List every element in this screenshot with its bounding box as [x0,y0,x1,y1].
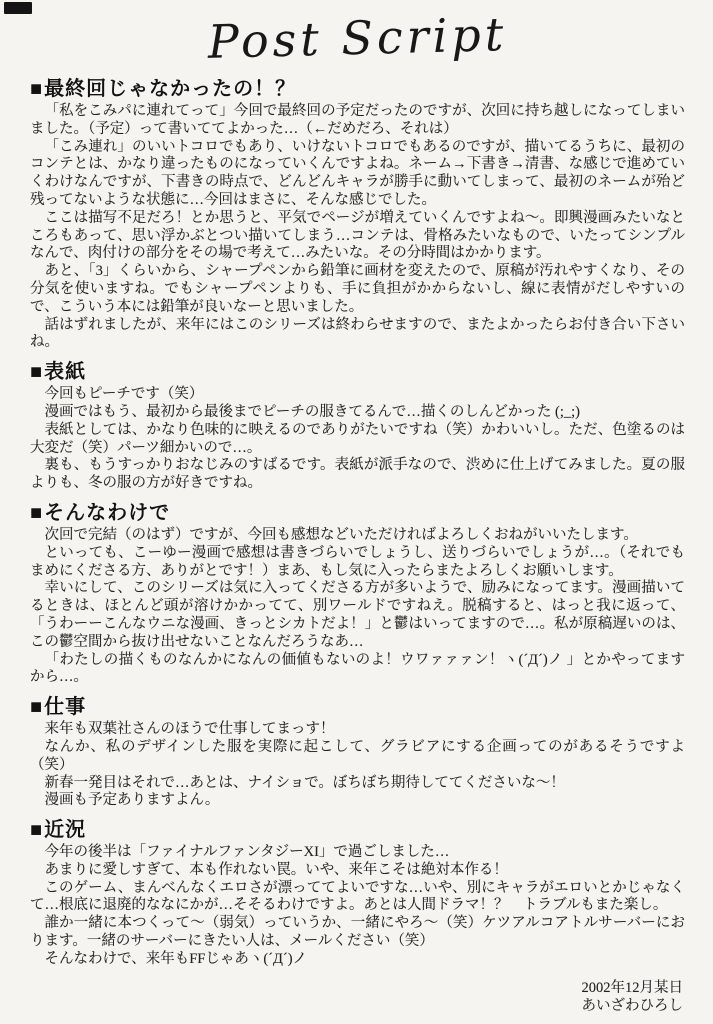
square-bullet-icon: ■ [30,696,43,718]
paragraph: 「わたしの描くものなんかになんの価値もないのよ！ウワァァァン！ヽ(´Д´)ノ 」… [30,652,685,688]
colophon-author: あいざわひろし [30,997,683,1015]
square-bullet-icon: ■ [30,78,43,100]
square-bullet-icon: ■ [30,361,43,383]
colophon-date: 2002年12月某日 [30,979,683,997]
paragraph: 幸いにして、このシリーズは気に入ってくださる方が多いようで、励みになってます。漫… [30,580,685,651]
paragraph: といっても、こーゆー漫画で感想は書きづらいでしょうし、送りづらいでしょうが…。（… [30,545,685,581]
section-heading: ■表紙 [30,361,685,384]
paragraph: このゲーム、まんべんなくエロさが漂っててよいですな…いや、別にキャラがエロいとか… [30,880,685,916]
paragraph: 話はずれましたが、来年にはこのシリーズは終わらせますので、またよかったらお付き合… [30,317,685,353]
paragraph: 新春一発目はそれで…あとは、ナイショで。ぼちぼち期待しててくださいな〜！ [30,775,685,793]
section-heading-text: 表紙 [44,361,86,383]
colophon: 2002年12月某日 あいざわひろし [30,979,685,1015]
section-so-then: ■そんなわけで 次回で完結（のはず）ですが、今回も感想などいただければよろしくお… [30,502,685,687]
section-recent-status: ■近況 今年の後半は「ファイナルファンタジーXI」で過ごしました… あまりに愛し… [30,819,685,969]
scanned-afterword-page: Post Script ■最終回じゃなかったの！？ 「私をこみパに連れてって」今… [0,0,713,1024]
section-cover: ■表紙 今回もピーチです（笑） 漫画ではもう、最初から最後までピーチの服きてるん… [30,361,685,493]
paragraph: ここは描写不足だろ！とか思うと、平気でページが増えていくんですよね〜。即興漫画み… [30,210,685,263]
paragraph: 「私をこみパに連れてって」今回で最終回の予定だったのですが、次回に持ち越しになっ… [30,103,685,139]
section-heading: ■最終回じゃなかったの！？ [30,78,685,101]
paragraph: 漫画ではもう、最初から最後までピーチの服きてるんで…描くのしんどかった (;_;… [30,404,685,422]
section-heading-text: そんなわけで [44,502,170,524]
paragraph: 表紙としては、かなり色味的に映えるのでありがたいですね（笑）かわいいし。ただ、色… [30,422,685,458]
section-heading: ■近況 [30,819,685,842]
paragraph: なんか、私のデザインした服を実際に起こして、グラビアにする企画ってのがあるそうで… [30,739,685,775]
section-heading-text: 近況 [44,819,86,841]
square-bullet-icon: ■ [30,819,43,841]
paragraph: 次回で完結（のはず）ですが、今回も感想などいただければよろしくおねがいいたします… [30,527,685,545]
paragraph: 誰か一緒に本つくって〜（弱気）っていうか、一緒にやろ〜（笑）ケツアルコアトルサー… [30,915,685,951]
section-heading: ■仕事 [30,696,685,719]
section-heading-text: 仕事 [44,696,86,718]
page-title: Post Script [29,0,685,79]
paragraph: 今年の後半は「ファイナルファンタジーXI」で過ごしました… [30,844,685,862]
square-bullet-icon: ■ [30,502,43,524]
section-work: ■仕事 来年も双葉社さんのほうで仕事してまっす！ なんか、私のデザインした服を実… [30,696,685,810]
paragraph: 「こみ連れ」のいいトコロでもあり、いけないトコロでもあるのですが、描いてるうちに… [30,139,685,210]
section-heading: ■そんなわけで [30,502,685,525]
section-final-episode: ■最終回じゃなかったの！？ 「私をこみパに連れてって」今回で最終回の予定だったの… [30,78,685,352]
paragraph: 来年も双葉社さんのほうで仕事してまっす！ [30,721,685,739]
section-heading-text: 最終回じゃなかったの！？ [44,78,296,100]
scan-artifact-mark [4,2,32,14]
paragraph: あと、「3」くらいから、シャープペンから鉛筆に画材を変えたので、原稿が汚れやすく… [30,263,685,316]
paragraph: 今回もピーチです（笑） [30,386,685,404]
paragraph: 裏も、もうすっかりおなじみのすばるです。表紙が派手なので、渋めに仕上げてみました… [30,457,685,493]
paragraph: あまりに愛しすぎて、本も作れない罠。いや、来年こそは絶対本作る！ [30,862,685,880]
paragraph: そんなわけで、来年もFFじゃあヽ(´Д´)ノ [30,951,685,969]
paragraph: 漫画も予定ありますよん。 [30,792,685,810]
